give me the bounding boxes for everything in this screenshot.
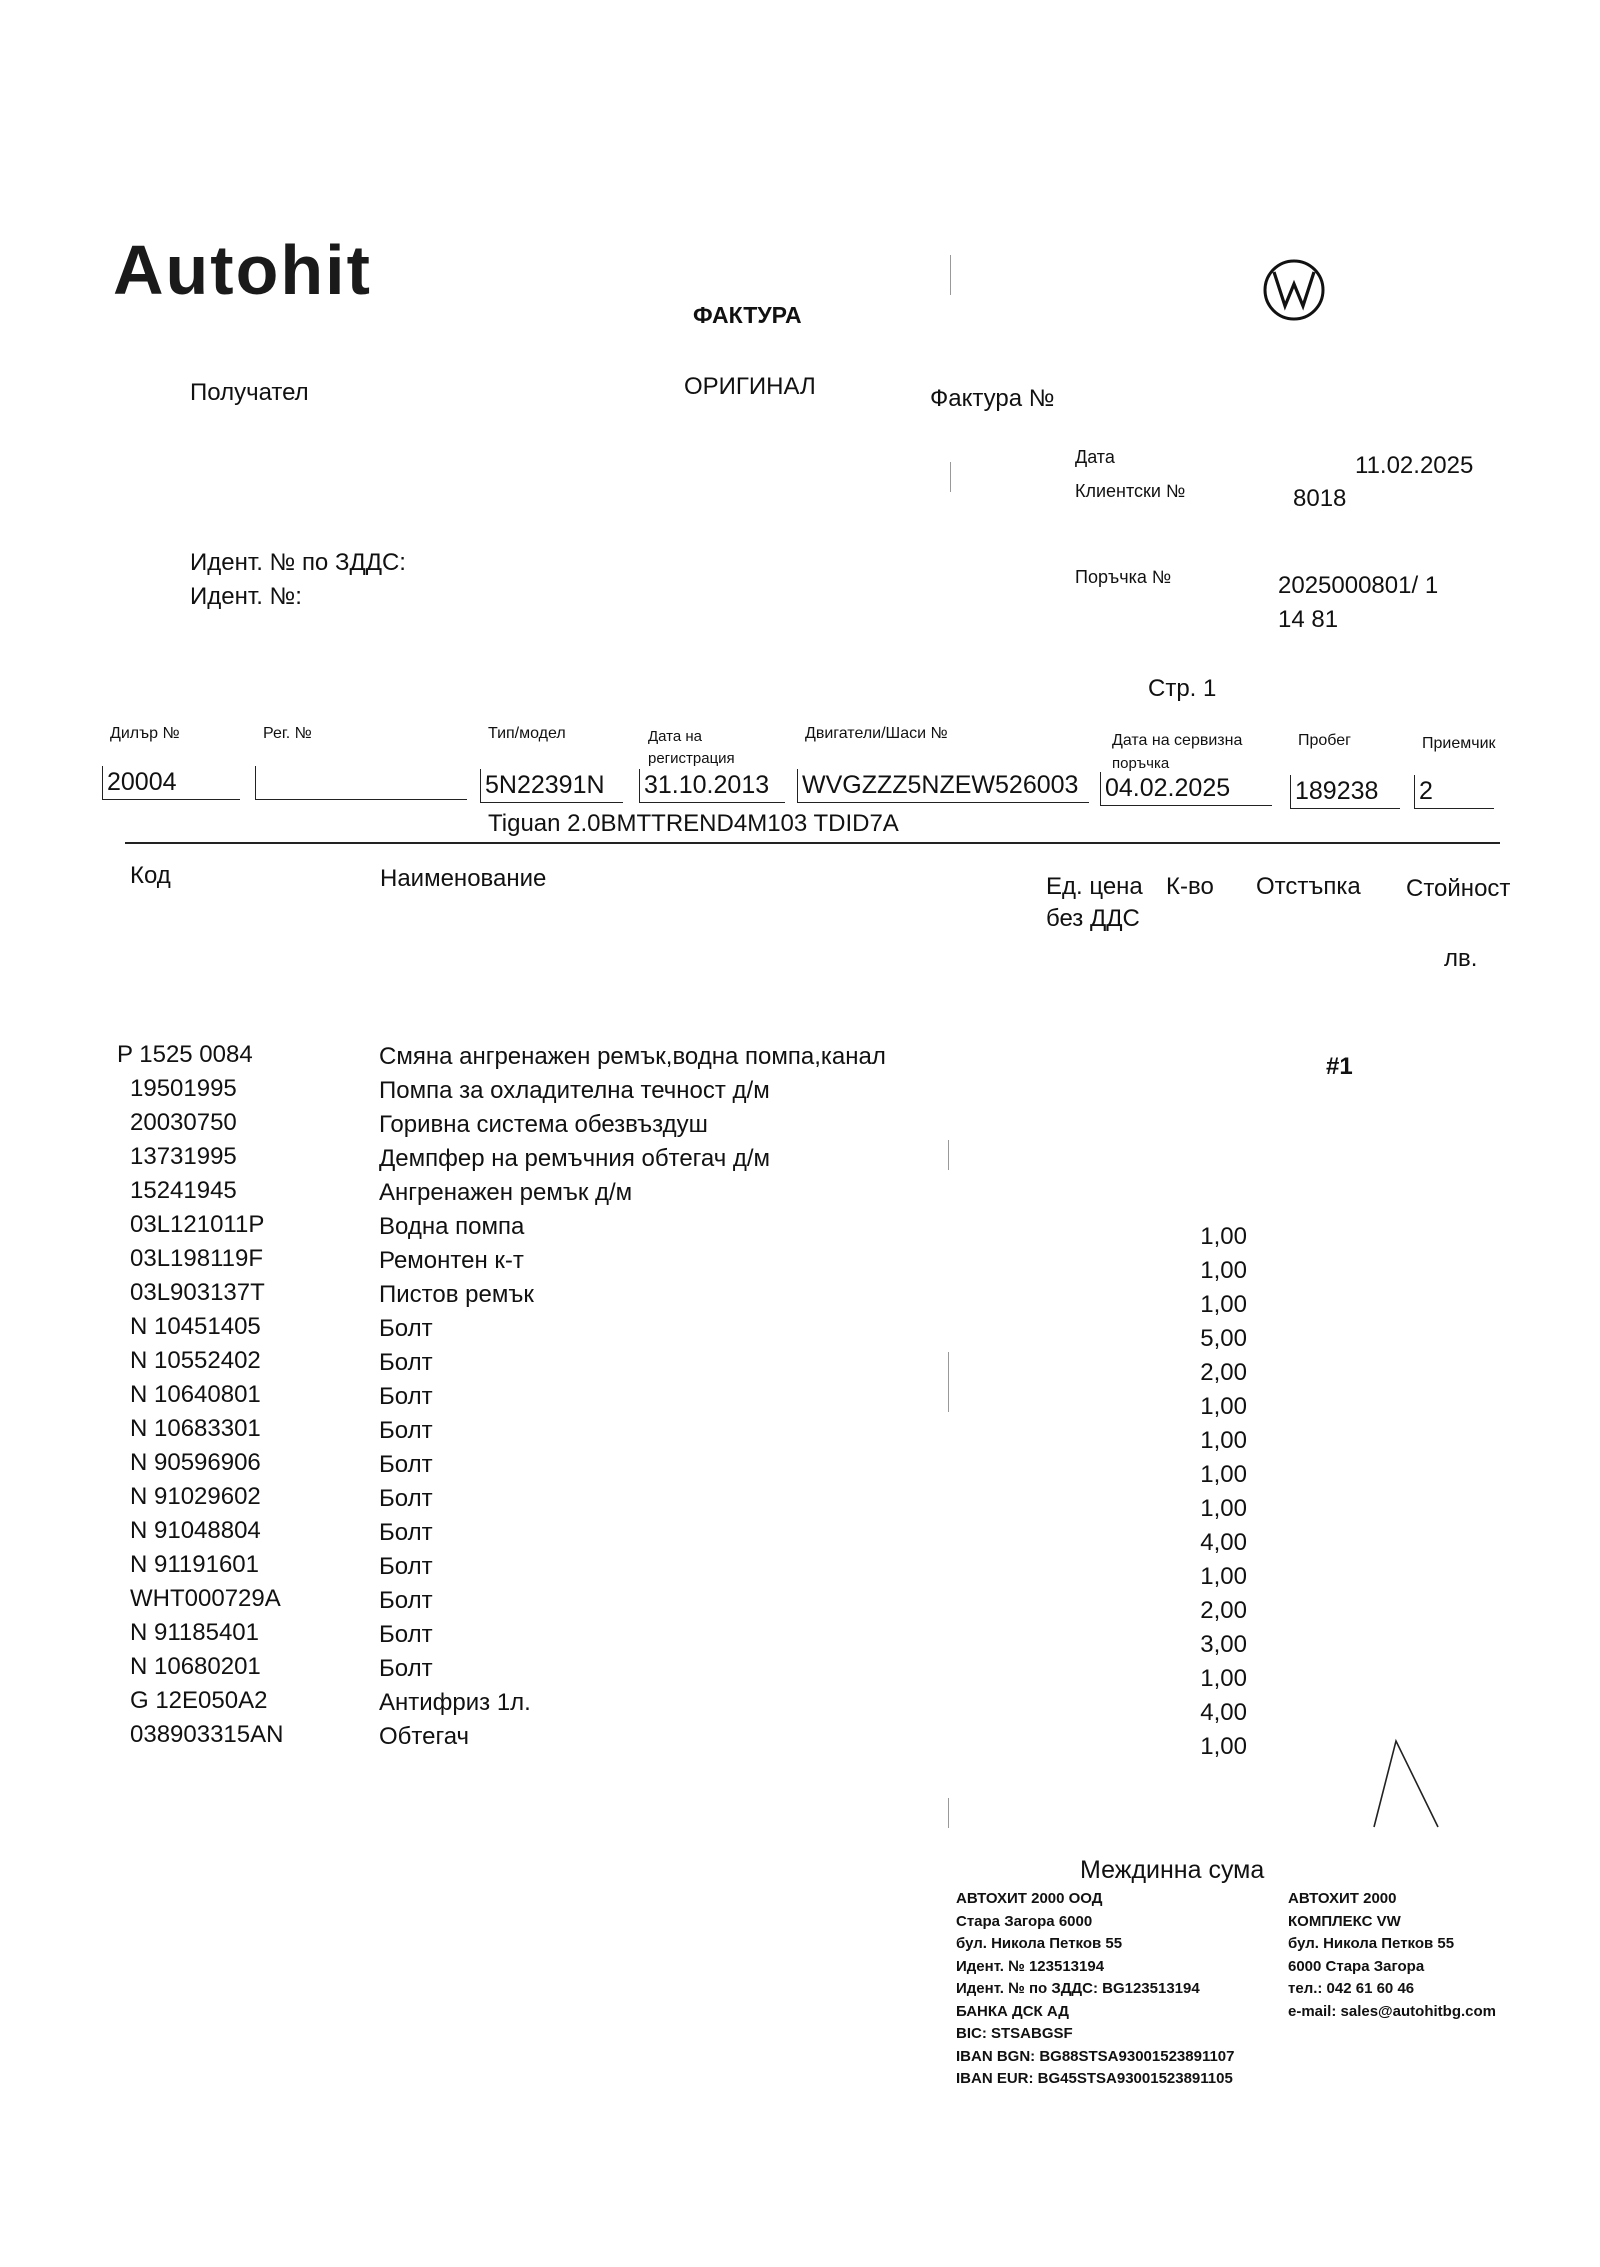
row-name: Болт [379,1519,433,1547]
row-name: Смяна ангренажен ремък,водна помпа,канал [379,1043,886,1071]
column-discount: Отстъпка [1256,873,1361,901]
company-details-right: АВТОХИТ 2000КОМПЛЕКС VWбул. Никола Петко… [1288,1888,1496,2023]
recipient-id-label: Идент. №: [190,583,302,611]
row-qty: 1,00 [1157,1291,1247,1319]
row-mark: #1 [1326,1053,1353,1081]
row-qty: 3,00 [1157,1631,1247,1659]
order-number-value: 2025000801/ 1 [1278,572,1438,600]
scan-artifact [948,1352,949,1412]
row-name: Болт [379,1587,433,1615]
date-label: Дата [1075,447,1115,468]
row-qty: 4,00 [1157,1699,1247,1727]
column-unit-price-note: без ДДС [1046,905,1140,933]
company-detail-line: Идент. № 123513194 [956,1956,1234,1979]
row-code: N 10552402 [130,1347,261,1375]
row-code: WHT000729A [130,1585,281,1613]
scan-artifact [950,255,951,295]
copy-type: ОРИГИНАЛ [684,373,816,401]
order-number-label: Поръчка № [1075,567,1171,588]
company-detail-line: КОМПЛЕКС VW [1288,1911,1496,1934]
row-name: Водна помпа [379,1213,524,1241]
row-name: Обтегач [379,1723,469,1751]
row-name: Демпфер на ремъчния обтегач д/м [379,1145,770,1173]
scan-artifact [948,1140,949,1170]
row-qty: 1,00 [1157,1427,1247,1455]
header-divider [125,842,1500,844]
model-type-field: 5N22391N [480,769,623,803]
row-name: Пистов ремък [379,1281,534,1309]
row-name: Ангренажен ремък д/м [379,1179,632,1207]
reg-date-label-2: регистрация [648,750,735,767]
company-detail-line: 6000 Стара Загора [1288,1956,1496,1979]
subtotal-label: Междинна сума [1080,1856,1264,1885]
company-detail-line: e-mail: sales@autohitbg.com [1288,2001,1496,2024]
date-value: 11.02.2025 [1355,452,1473,480]
page-number: Стр. 1 [1148,675,1216,703]
row-qty: 4,00 [1157,1529,1247,1557]
company-detail-line: IBAN EUR: BG45STSA93001523891105 [956,2068,1234,2091]
recipient-label: Получател [190,379,309,407]
model-type-label: Тип/модел [488,725,566,743]
row-name: Болт [379,1315,433,1343]
company-detail-line: IBAN BGN: BG88STSA93001523891107 [956,2046,1234,2069]
column-name: Наименование [380,865,546,893]
row-qty: 1,00 [1157,1733,1247,1761]
row-code: 20030750 [130,1109,237,1137]
row-code: N 90596906 [130,1449,261,1477]
row-code: N 91191601 [130,1551,259,1579]
column-currency: лв. [1444,945,1477,973]
row-code: P 1525 0084 [117,1041,253,1069]
row-name: Болт [379,1553,433,1581]
row-code: N 10640801 [130,1381,261,1409]
recipient-vat-label: Идент. № по ЗДДС: [190,549,406,577]
company-detail-line: Стара Загора 6000 [956,1911,1234,1934]
column-code: Код [130,862,171,890]
company-detail-line: тел.: 042 61 60 46 [1288,1978,1496,2001]
company-detail-line: Идент. № по ЗДДС: BG123513194 [956,1978,1234,2001]
row-code: N 91185401 [130,1619,259,1647]
reg-date-label: Дата на [648,728,702,745]
receiver-field: 2 [1414,775,1494,809]
row-name: Помпа за охладителна течност д/м [379,1077,770,1105]
row-name: Горивна система обезвъздуш [379,1111,708,1139]
dealer-no-label: Дилър № [110,725,180,743]
row-code: N 91048804 [130,1517,261,1545]
dealer-no-field: 20004 [102,766,240,800]
row-code: 19501995 [130,1075,237,1103]
mileage-field: 189238 [1290,775,1400,809]
client-number-value: 8018 [1293,485,1346,513]
row-qty: 1,00 [1157,1393,1247,1421]
company-detail-line: BIC: STSABGSF [956,2023,1234,2046]
row-qty: 1,00 [1157,1563,1247,1591]
invoice-number-label: Фактура № [930,385,1054,413]
row-code: G 12E050A2 [130,1687,267,1715]
handwritten-mark-icon [1370,1735,1450,1835]
mileage-label: Пробег [1298,732,1351,750]
row-name: Ремонтен к-т [379,1247,524,1275]
service-date-label-2: поръчка [1112,755,1169,772]
engine-chassis-label: Двигатели/Шаси № [805,725,948,743]
order-number-suffix: 14 81 [1278,606,1338,634]
row-code: 13731995 [130,1143,237,1171]
row-qty: 5,00 [1157,1325,1247,1353]
reg-no-label: Рег. № [263,725,312,743]
reg-date-field: 31.10.2013 [639,769,785,803]
document-title: ФАКТУРА [693,302,802,329]
engine-chassis-field: WVGZZZ5NZEW526003 [797,769,1089,803]
row-qty: 2,00 [1157,1359,1247,1387]
vw-logo-icon [1262,258,1326,322]
row-code: 03L903137T [130,1279,265,1307]
scan-artifact [948,1798,949,1828]
row-name: Антифриз 1л. [379,1689,531,1717]
company-detail-line: АВТОХИТ 2000 [1288,1888,1496,1911]
service-date-field: 04.02.2025 [1100,772,1272,806]
row-name: Болт [379,1485,433,1513]
row-code: 03L198119F [130,1245,263,1273]
row-code: N 10683301 [130,1415,261,1443]
row-name: Болт [379,1349,433,1377]
model-description: Tiguan 2.0BMTTREND4M103 TDID7A [488,810,899,838]
row-qty: 2,00 [1157,1597,1247,1625]
company-detail-line: бул. Никола Петков 55 [1288,1933,1496,1956]
row-qty: 1,00 [1157,1461,1247,1489]
row-code: N 91029602 [130,1483,261,1511]
row-qty: 1,00 [1157,1223,1247,1251]
row-code: N 10451405 [130,1313,261,1341]
row-code: N 10680201 [130,1653,261,1681]
company-detail-line: АВТОХИТ 2000 ООД [956,1888,1234,1911]
row-name: Болт [379,1655,433,1683]
row-qty: 1,00 [1157,1257,1247,1285]
company-detail-line: бул. Никола Петков 55 [956,1933,1234,1956]
company-details-left: АВТОХИТ 2000 ООДСтара Загора 6000бул. Ни… [956,1888,1234,2091]
service-date-label: Дата на сервизна [1112,732,1242,750]
receiver-label: Приемчик [1422,735,1496,753]
row-code: 03L121011P [130,1211,264,1239]
row-qty: 1,00 [1157,1495,1247,1523]
column-qty: К-во [1166,873,1214,901]
column-value: Стойност [1406,875,1510,903]
row-name: Болт [379,1383,433,1411]
column-unit-price: Ед. цена [1046,873,1143,901]
row-code: 15241945 [130,1177,237,1205]
company-detail-line: БАНКА ДСК АД [956,2001,1234,2024]
client-number-label: Клиентски № [1075,481,1185,502]
row-name: Болт [379,1451,433,1479]
reg-no-field [255,766,467,800]
row-name: Болт [379,1417,433,1445]
scan-artifact [950,462,951,492]
row-qty: 1,00 [1157,1665,1247,1693]
row-code: 038903315AN [130,1721,283,1749]
company-logo: Autohit [113,230,372,310]
row-name: Болт [379,1621,433,1649]
